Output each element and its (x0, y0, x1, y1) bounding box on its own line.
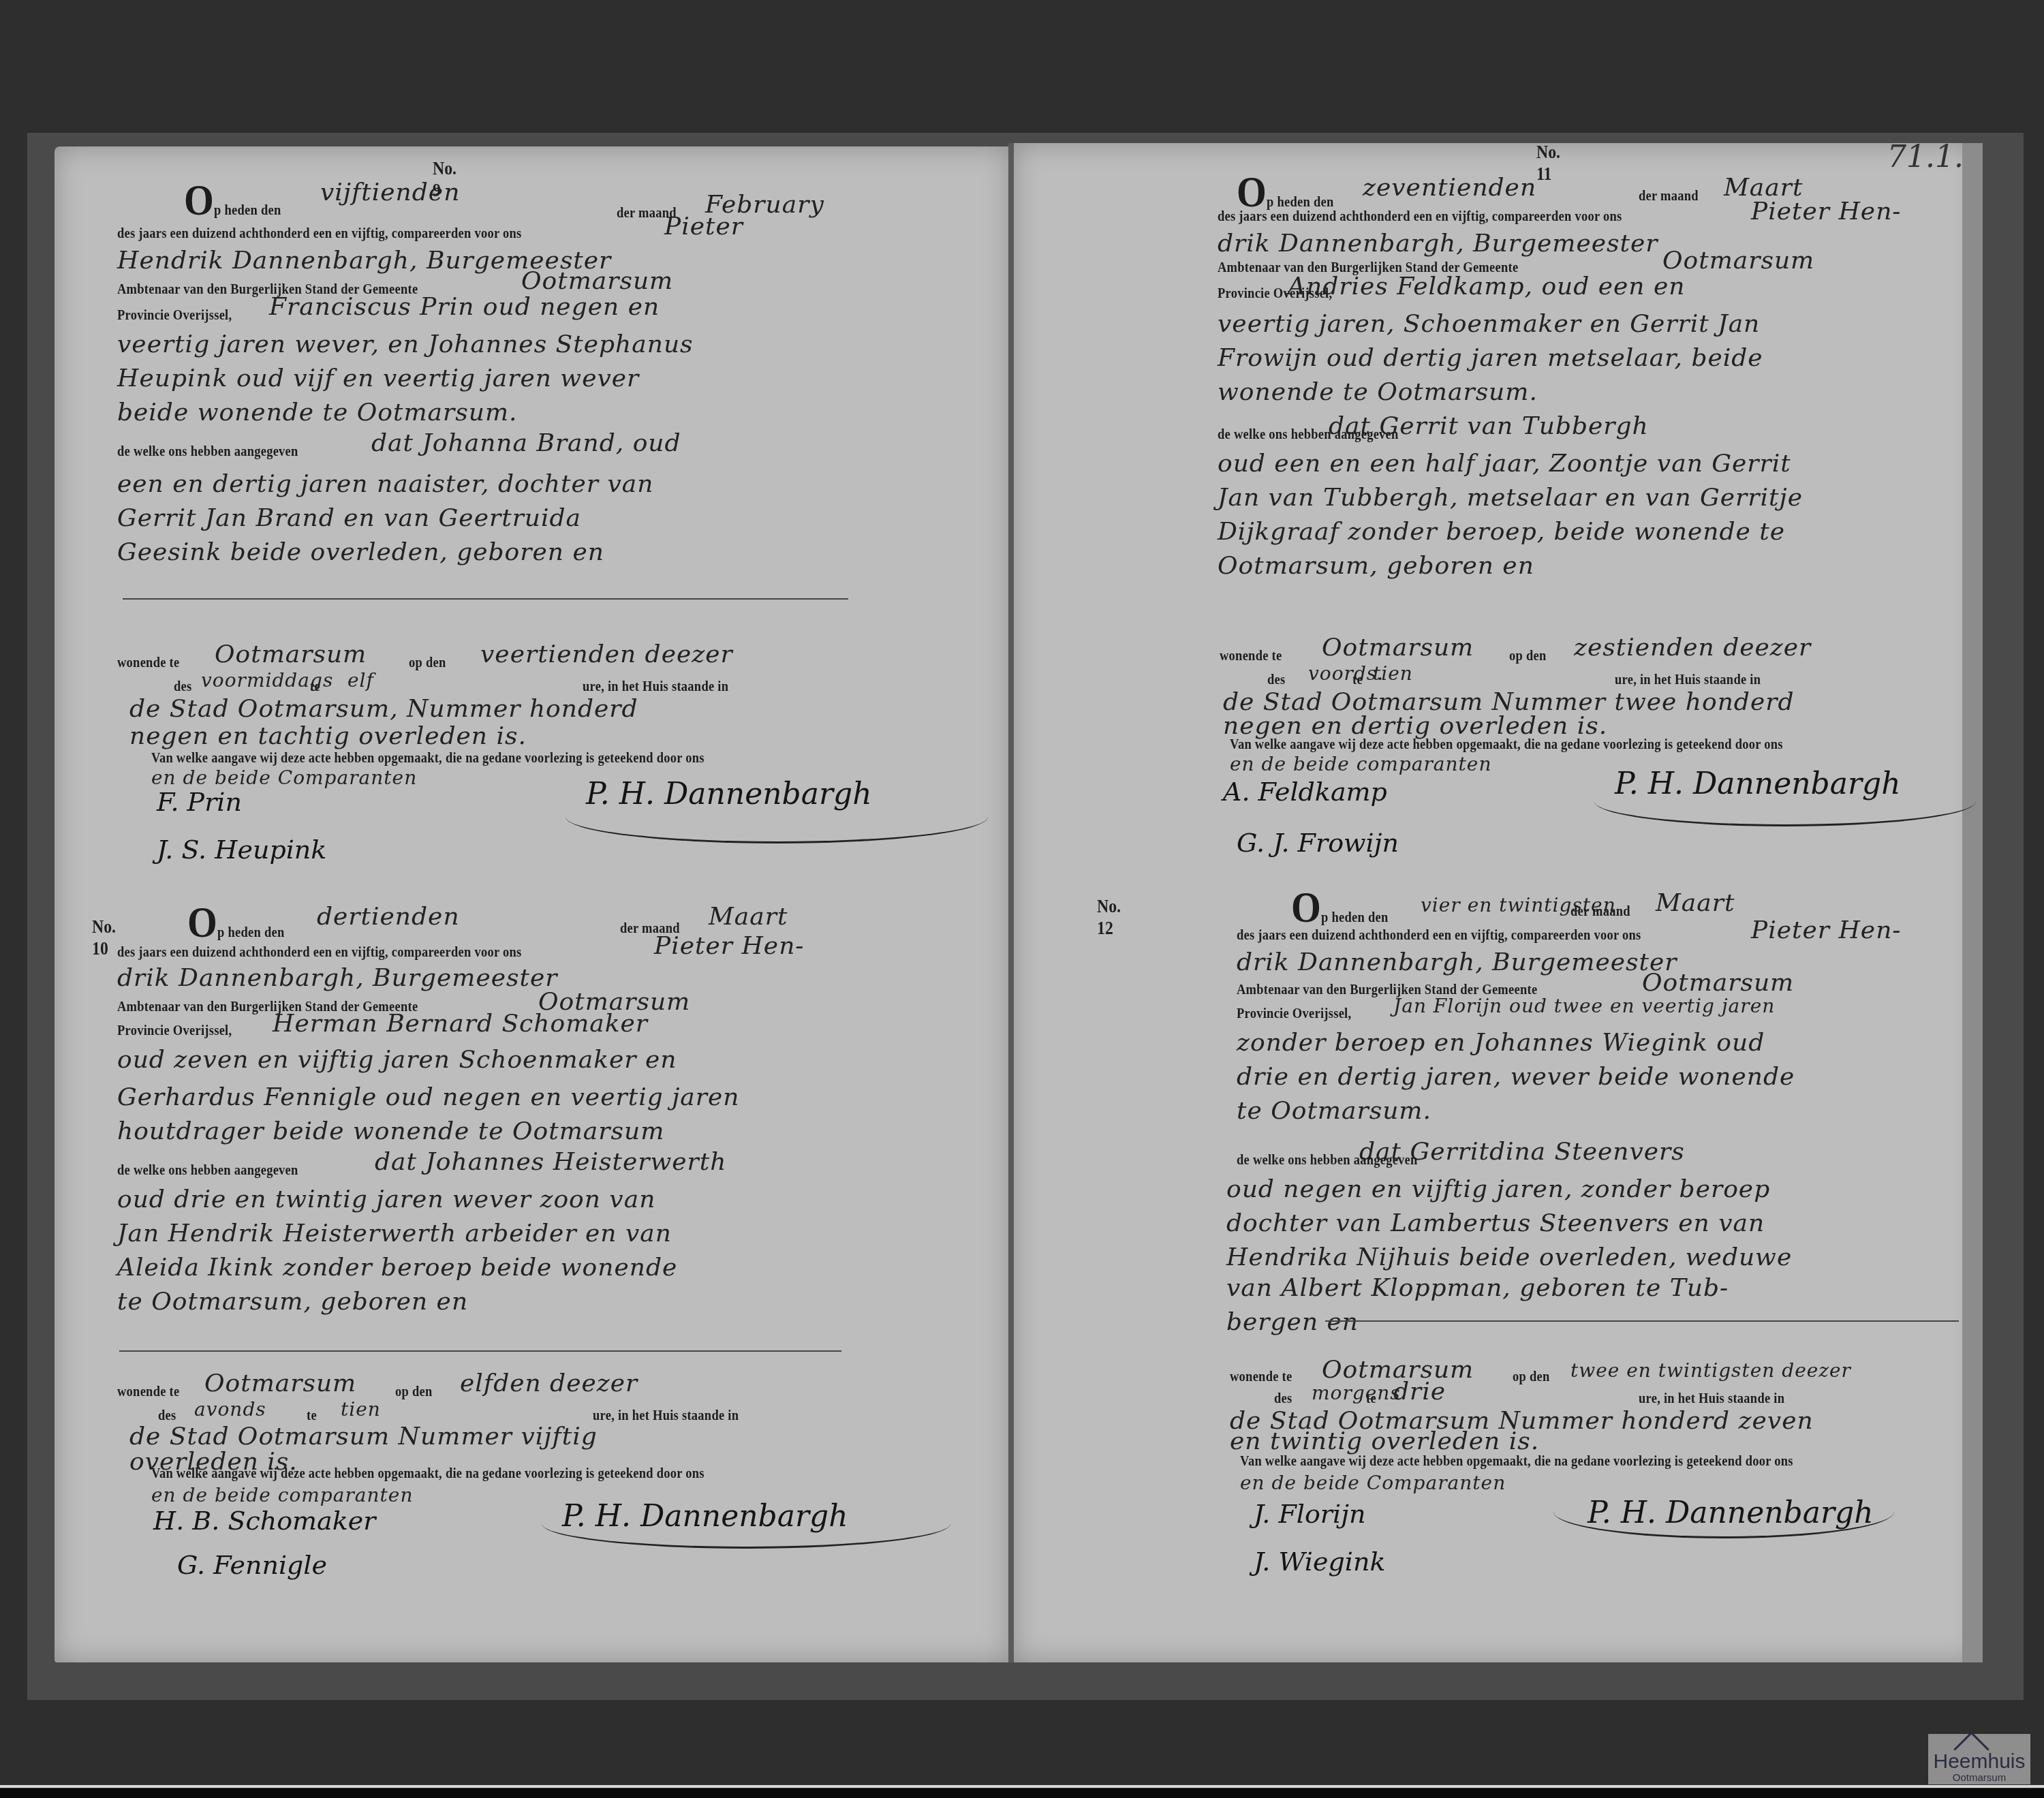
aangegeven-label: de welke ons hebben aangegeven (117, 443, 298, 460)
gemeente-name: Ootmarsum (1642, 969, 1794, 997)
signature-comparant-2: J. Wiegink (1254, 1547, 1385, 1577)
declared-line-3: Jan Hendrik Heisterwerth arbeider en van (117, 1220, 672, 1247)
hour: drie (1393, 1378, 1446, 1406)
declared-line-1: dat Johannes Heisterwerth (375, 1148, 726, 1176)
declared-line-5: van Albert Kloppman, geboren te Tub- (1226, 1274, 1729, 1302)
act-number: No. 11 (1536, 142, 1560, 185)
van-welke-line: Van welke aangave wij deze acte hebben o… (151, 1465, 704, 1482)
house-line-1: de Stad Ootmarsum, Nummer honderd (129, 695, 638, 723)
comparant-line-2: veertig jaren, Schoenmaker en Gerrit Jan (1218, 310, 1760, 338)
house-line-2: negen en tachtig overleden is. (129, 722, 527, 750)
op-heden-den: Op heden den (1291, 886, 1389, 929)
signature-comparant-2: G. J. Frowijn (1237, 828, 1399, 858)
act-day: vijftienden (320, 179, 460, 206)
official-name-1: Pieter Hen- (654, 932, 805, 960)
year-line: des jaars een duizend achthonderd een en… (117, 944, 521, 961)
der-maand-label: der maand (1639, 187, 1699, 204)
blank-rule (1325, 1320, 1959, 1322)
house-line-1: de Stad Ootmarsum Nummer vijftig (129, 1423, 598, 1451)
signature-comparant-2: G. Fennigle (177, 1550, 327, 1580)
declared-line-5: Ootmarsum, geboren en (1218, 552, 1534, 580)
declared-line-2: oud een en een half jaar, Zoontje van Ge… (1218, 450, 1791, 478)
signature-comparant-1: A. Feldkamp (1223, 777, 1387, 807)
comparant-line-4: te Ootmarsum. (1237, 1097, 1431, 1125)
act-day: dertienden (317, 903, 460, 931)
official-name-2: drik Dannenbargh, Burgemeester (117, 964, 557, 992)
gemeente-name: Ootmarsum (521, 267, 673, 295)
ure-huis-label: ure, in het Huis staande in (1615, 671, 1761, 688)
closing-line: en de beide Comparanten (1240, 1472, 1506, 1494)
act-month: Maart (1656, 889, 1735, 917)
comparant-line-1: Herman Bernard Schomaker (273, 1010, 648, 1038)
signature-flourish (566, 790, 988, 843)
closing-line: en de beide Comparanten (151, 766, 417, 789)
book-gutter (1008, 143, 1014, 1662)
heemhuis-logo: Heemhuis Ootmarsum (1928, 1734, 2030, 1784)
der-maand-label: der maand (1570, 903, 1630, 920)
comparant-line-3: Heupink oud vijf en veertig jaren wever (117, 365, 639, 392)
declared-line-1: dat Gerrit van Tubbergh (1329, 412, 1649, 440)
wonende-te-label: wonende te (1230, 1368, 1292, 1385)
op-den-label: op den (1509, 647, 1546, 664)
year-line: des jaars een duizend achthonderd een en… (1237, 927, 1641, 944)
act-number: No. 10 (92, 916, 116, 960)
op-den-label: op den (409, 654, 446, 671)
blank-rule (123, 598, 848, 600)
comparant-line-3: drie en dertig jaren, wever beide wonend… (1237, 1063, 1795, 1091)
page-edge (1962, 143, 1983, 1662)
blank-rule (119, 1350, 841, 1352)
act-month: Maart (709, 903, 788, 931)
declared-line-6: bergen en (1226, 1308, 1359, 1336)
folio-number: 71.1. (1887, 140, 1964, 174)
signature-comparant-1: H. B. Schomaker (153, 1506, 375, 1536)
te-label: te (307, 1407, 317, 1424)
hour: tien (1373, 662, 1413, 685)
death-date: zestienden deezer (1574, 634, 1811, 662)
van-welke-line: Van welke aangave wij deze acte hebben o… (1240, 1453, 1793, 1470)
scan-border (0, 1788, 2044, 1798)
hour: tien (341, 1398, 381, 1421)
wonende-te-label: wonende te (117, 654, 179, 671)
signature-comparant-2: J. S. Heupink (157, 835, 326, 865)
declared-line-4: Aleida Ikink zonder beroep beide wonende (117, 1254, 677, 1282)
official-name-2: drik Dannenbargh, Burgemeester (1218, 230, 1658, 258)
death-date: elfden deezer (460, 1369, 638, 1397)
time-of-day: morgens (1312, 1382, 1401, 1404)
declared-line-2: oud negen en vijftig jaren, zonder beroe… (1226, 1175, 1770, 1203)
act-day: zeventienden (1363, 174, 1536, 202)
declared-line-3: dochter van Lambertus Steenvers en van (1226, 1209, 1765, 1237)
aangegeven-label: de welke ons hebben aangegeven (117, 1162, 298, 1179)
ure-huis-label: ure, in het Huis staande in (1639, 1390, 1784, 1407)
signature-flourish (1553, 1485, 1894, 1538)
te-label: te (1366, 1390, 1376, 1407)
van-welke-line: Van welke aangave wij deze acte hebben o… (1230, 736, 1783, 753)
comparant-line-2: zonder beroep en Johannes Wiegink oud (1237, 1029, 1765, 1057)
des-label: des (158, 1407, 176, 1424)
comparant-line-1: Jan Florijn oud twee en veertig jaren (1393, 995, 1775, 1017)
official-name-2: drik Dannenbargh, Burgemeester (1237, 948, 1677, 976)
te-label: te (310, 678, 320, 695)
declared-line-5: te Ootmarsum, geboren en (117, 1288, 468, 1316)
op-den-label: op den (1513, 1368, 1549, 1385)
hour: elf (347, 669, 374, 692)
wonende-te-label: wonende te (1220, 647, 1282, 664)
provincie-label: Provincie Overijssel, (117, 307, 232, 324)
te-label: te (1352, 671, 1363, 688)
official-name-1: Pieter (664, 213, 743, 241)
des-label: des (1267, 671, 1285, 688)
comparant-line-4: wonende te Ootmarsum. (1218, 378, 1538, 406)
comparant-line-2: veertig jaren wever, en Johannes Stephan… (117, 330, 694, 358)
scan-border-line (0, 1785, 2044, 1788)
comparant-line-1: Andries Feldkamp, oud een en (1288, 273, 1685, 300)
op-den-label: op den (395, 1383, 432, 1400)
declared-line-1: dat Gerritdina Steenvers (1359, 1138, 1685, 1166)
comparant-line-2: oud zeven en vijftig jaren Schoenmaker e… (117, 1046, 677, 1074)
time-of-day: avonds (194, 1398, 266, 1421)
des-label: des (174, 678, 191, 695)
wonende-te-value: Ootmarsum (1322, 634, 1474, 662)
comparant-line-1: Franciscus Prin oud negen en (269, 293, 660, 321)
signature-comparant-1: J. Florijn (1254, 1499, 1365, 1529)
declared-line-3: Jan van Tubbergh, metselaar en van Gerri… (1218, 484, 1803, 512)
year-line: des jaars een duizend achthonderd een en… (1218, 208, 1622, 225)
provincie-label: Provincie Overijssel, (1237, 1005, 1351, 1022)
official-name-1: Pieter Hen- (1751, 916, 1902, 944)
closing-line: en de beide comparanten (1230, 753, 1491, 775)
wonende-te-label: wonende te (117, 1383, 179, 1400)
declared-line-2: oud drie en twintig jaren wever zoon van (117, 1185, 655, 1213)
signature-comparant-1: F. Prin (157, 787, 242, 817)
declared-line-4: Hendrika Nijhuis beide overleden, weduwe (1226, 1243, 1792, 1271)
van-welke-line: Van welke aangave wij deze acte hebben o… (151, 749, 704, 766)
op-heden-den: Op heden den (184, 179, 281, 222)
ure-huis-label: ure, in het Huis staande in (593, 1407, 739, 1424)
comparant-line-4: houtdrager beide wonende te Ootmarsum (117, 1117, 664, 1145)
ure-huis-label: ure, in het Huis staande in (583, 678, 728, 695)
act-number: No. 12 (1097, 896, 1121, 940)
provincie-label: Provincie Overijssel, (117, 1022, 232, 1039)
comparant-line-3: Gerhardus Fennigle oud negen en veertig … (117, 1083, 739, 1111)
op-heden-den: Op heden den (187, 901, 285, 944)
declared-line-1: dat Johanna Brand, oud (371, 429, 681, 457)
des-label: des (1274, 1390, 1292, 1407)
house-line-2: en twintig overleden is. (1230, 1427, 1539, 1455)
death-date: twee en twintigsten deezer (1570, 1359, 1851, 1382)
signature-flourish (1594, 777, 1976, 826)
closing-line: en de beide comparanten (151, 1484, 413, 1506)
gemeente-name: Ootmarsum (1662, 247, 1814, 275)
death-date: veertienden deezer (480, 640, 733, 668)
declared-line-4: Dijkgraaf zonder beroep, beide wonende t… (1218, 518, 1785, 546)
wonende-te-value: Ootmarsum (215, 640, 367, 668)
declared-line-2: een en dertig jaren naaister, dochter va… (117, 470, 653, 498)
declared-line-4: Geesink beide overleden, geboren en (117, 538, 604, 566)
comparant-line-3: Frowijn oud dertig jaren metselaar, beid… (1218, 344, 1763, 372)
year-line: des jaars een duizend achthonderd een en… (117, 225, 521, 242)
official-name-1: Pieter Hen- (1751, 198, 1902, 226)
wonende-te-value: Ootmarsum (204, 1369, 356, 1397)
comparant-line-4: beide wonende te Ootmarsum. (117, 399, 518, 427)
declared-line-3: Gerrit Jan Brand en van Geertruida (117, 504, 581, 532)
signature-flourish (542, 1499, 950, 1549)
